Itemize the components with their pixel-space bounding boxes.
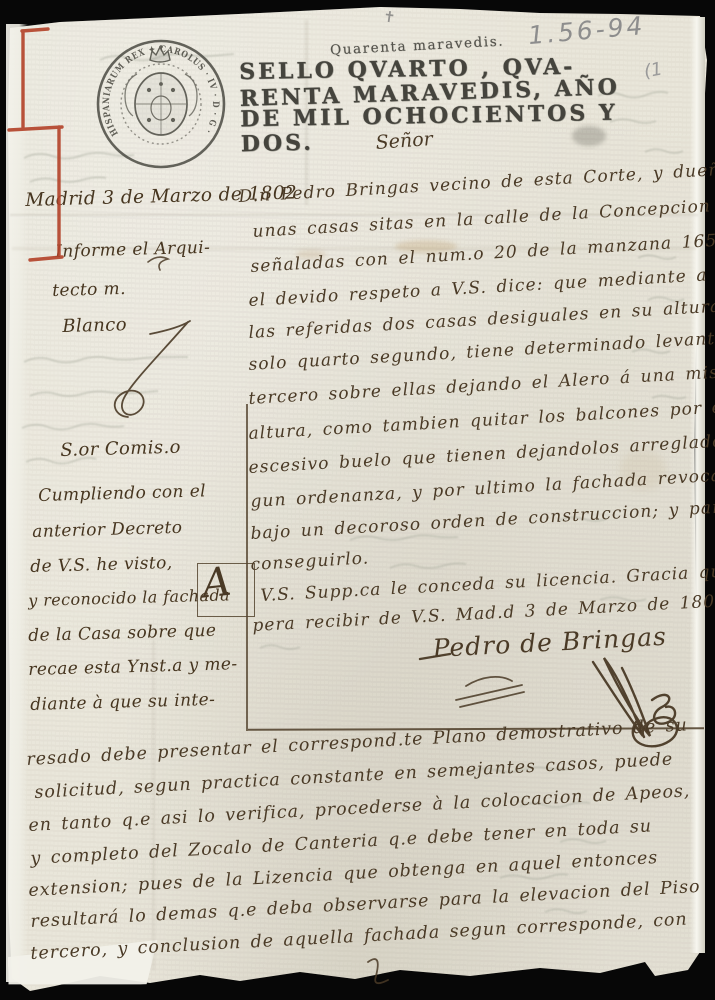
manuscript-scan: HISPANIARUM REX ✦ CAROLUS · IV · D · G ·… xyxy=(0,0,715,1000)
report-line: de V.S. he visto, xyxy=(30,553,173,577)
report-line: anterior Decreto xyxy=(32,518,183,542)
folio-number: (1 xyxy=(642,59,664,83)
official-name: Blanco xyxy=(62,314,127,337)
salutation: Señor xyxy=(375,128,433,154)
margin-decree-line: tecto m. xyxy=(52,279,126,301)
annotation-box-letter: A xyxy=(200,559,234,608)
torn-left-edge xyxy=(6,24,28,982)
column-divider-rule xyxy=(246,404,248,731)
cross-mark: ✝ xyxy=(382,7,397,27)
report-heading: S.or Comis.o xyxy=(60,437,181,461)
